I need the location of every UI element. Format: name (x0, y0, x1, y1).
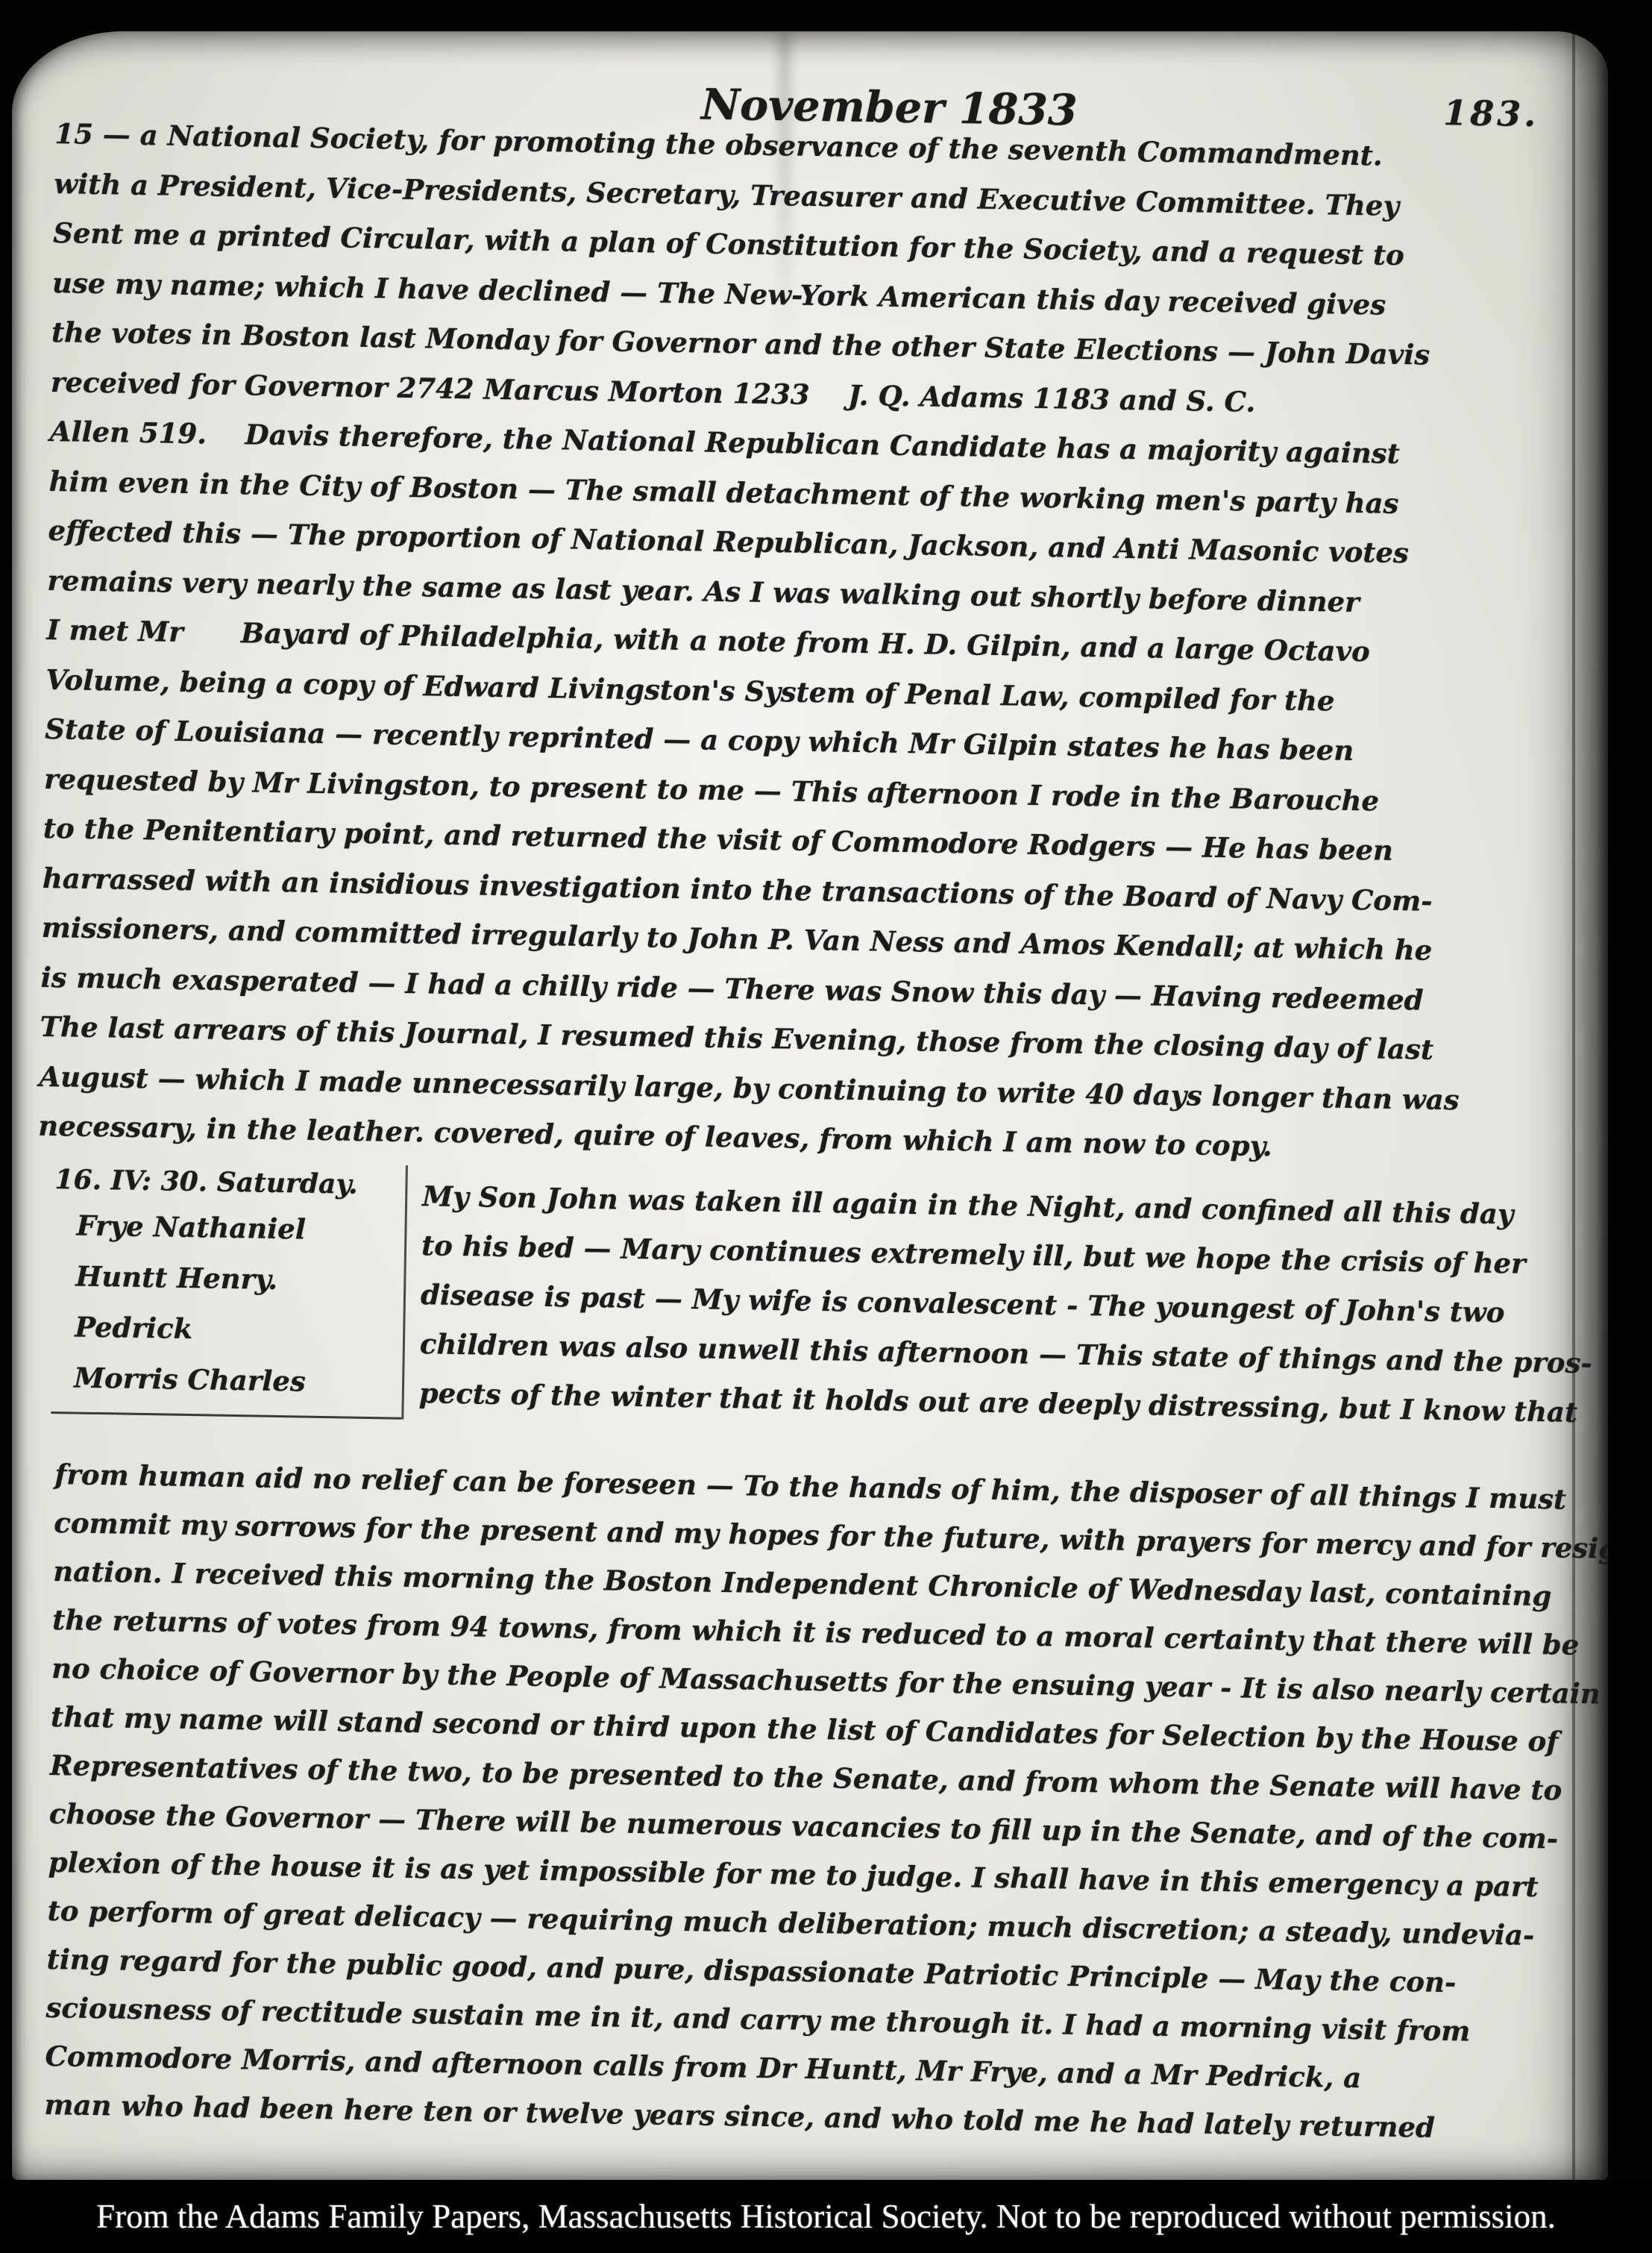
visitor-name: Frye Nathaniel (54, 1200, 405, 1256)
diary-entry-nov-15: 15 — a National Society, for promoting t… (38, 109, 1475, 1174)
entry-text-column: My Son John was taken ill again in the N… (405, 1165, 1595, 1439)
archive-credit-bar: From the Adams Family Papers, Massachuse… (0, 2180, 1652, 2253)
visitor-names: Frye NathanielHuntt Henry.PedrickMorris … (51, 1200, 405, 1408)
scanned-diary-photograph: November 1833 183. 15 — a National Socie… (0, 0, 1652, 2253)
page-number: 183. (1443, 93, 1539, 134)
manuscript-page: November 1833 183. 15 — a National Socie… (12, 31, 1608, 2180)
credit-text: From the Adams Family Papers, Massachuse… (96, 2197, 1556, 2236)
entry-date-line: 16. IV: 30. Saturday. (54, 1159, 406, 1206)
margin-visitor-list: 16. IV: 30. Saturday. Frye NathanielHunt… (51, 1159, 406, 1420)
visitor-name: Huntt Henry. (53, 1250, 404, 1307)
visitor-name: Morris Charles (51, 1352, 403, 1408)
visitor-name: Pedrick (52, 1301, 403, 1358)
diary-entry-nov-16: 16. IV: 30. Saturday. Frye NathanielHunt… (51, 1159, 1595, 1439)
diary-entry-continuation: from human aid no relief can be foreseen… (44, 1450, 1608, 2155)
